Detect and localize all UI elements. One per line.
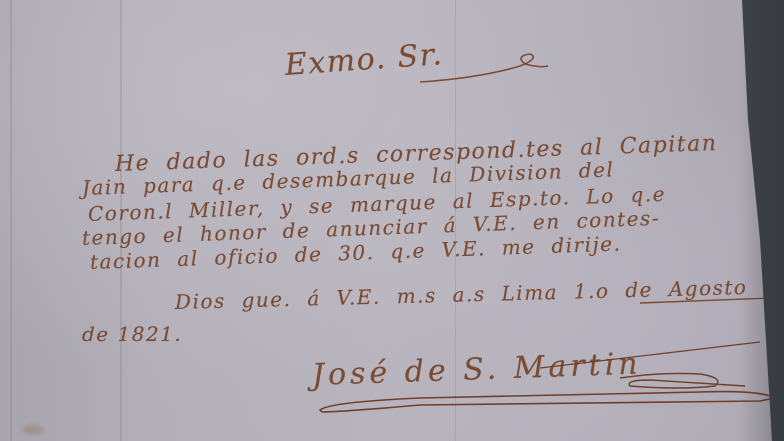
signature-rubric bbox=[320, 392, 775, 412]
background-edge bbox=[739, 0, 784, 441]
paper-sheet: Exmo. Sr. He dado las ord.s correspond.t… bbox=[0, 0, 784, 441]
signature: José de S. Martin bbox=[311, 347, 642, 393]
paper-fold-line bbox=[10, 0, 12, 441]
closing-line: Dios gue. á V.E. m.s a.s Lima 1.o de Ago… bbox=[175, 275, 748, 314]
letter-photograph: Exmo. Sr. He dado las ord.s correspond.t… bbox=[0, 0, 784, 441]
closing-date: de 1821. bbox=[82, 322, 182, 346]
paper-stain bbox=[22, 425, 44, 435]
salutation: Exmo. Sr. bbox=[284, 37, 445, 83]
